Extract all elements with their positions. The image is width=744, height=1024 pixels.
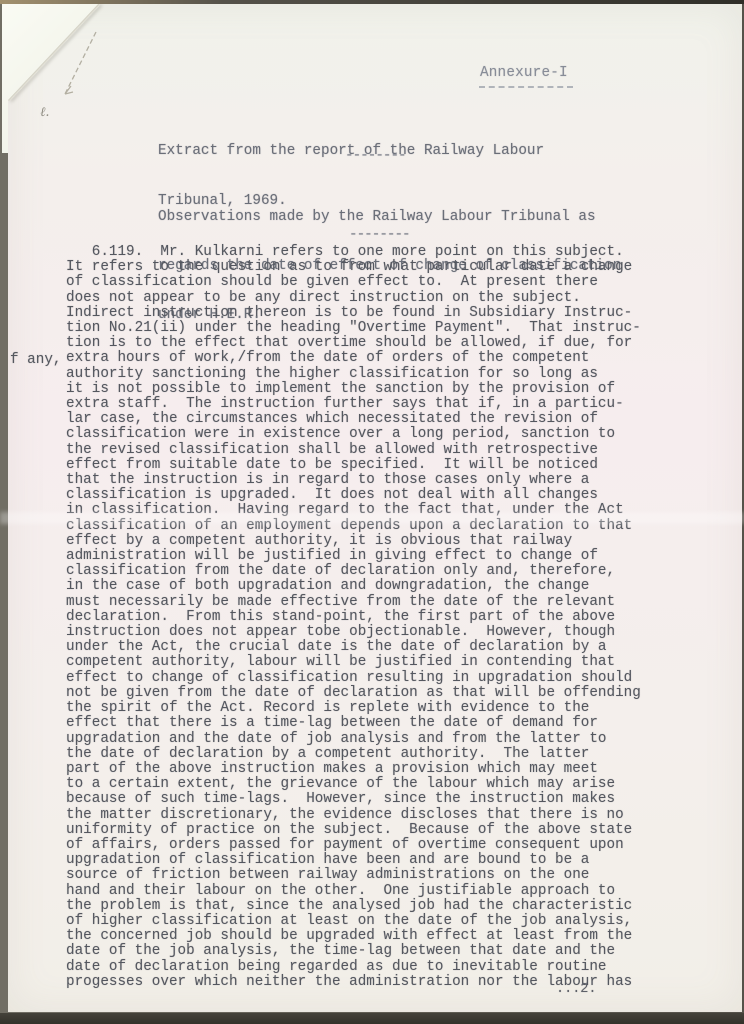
subtitle-line-1: Observations made by the Railway Labour … xyxy=(158,209,621,225)
scanner-edge-top xyxy=(0,0,744,4)
handwritten-corner-mark: ℓ. xyxy=(40,104,50,120)
pencil-arrow-mark xyxy=(55,26,105,106)
margin-note: f any, xyxy=(10,352,61,368)
annexure-underline xyxy=(479,86,573,88)
body-text: 6.119. Mr. Kulkarni refers to one more p… xyxy=(66,245,641,990)
annexure-label: Annexure-I xyxy=(480,65,568,81)
separator-dashes-2: -------- xyxy=(349,227,410,243)
separator-dashes-1: -------- xyxy=(345,148,406,164)
scanned-document: Annexure-I ℓ. Extract from the report of… xyxy=(0,0,744,1024)
scanner-edge-bottom xyxy=(0,1013,744,1024)
page-continuation-marker: ...2. xyxy=(556,982,597,997)
document-page: Annexure-I ℓ. Extract from the report of… xyxy=(8,4,742,1012)
